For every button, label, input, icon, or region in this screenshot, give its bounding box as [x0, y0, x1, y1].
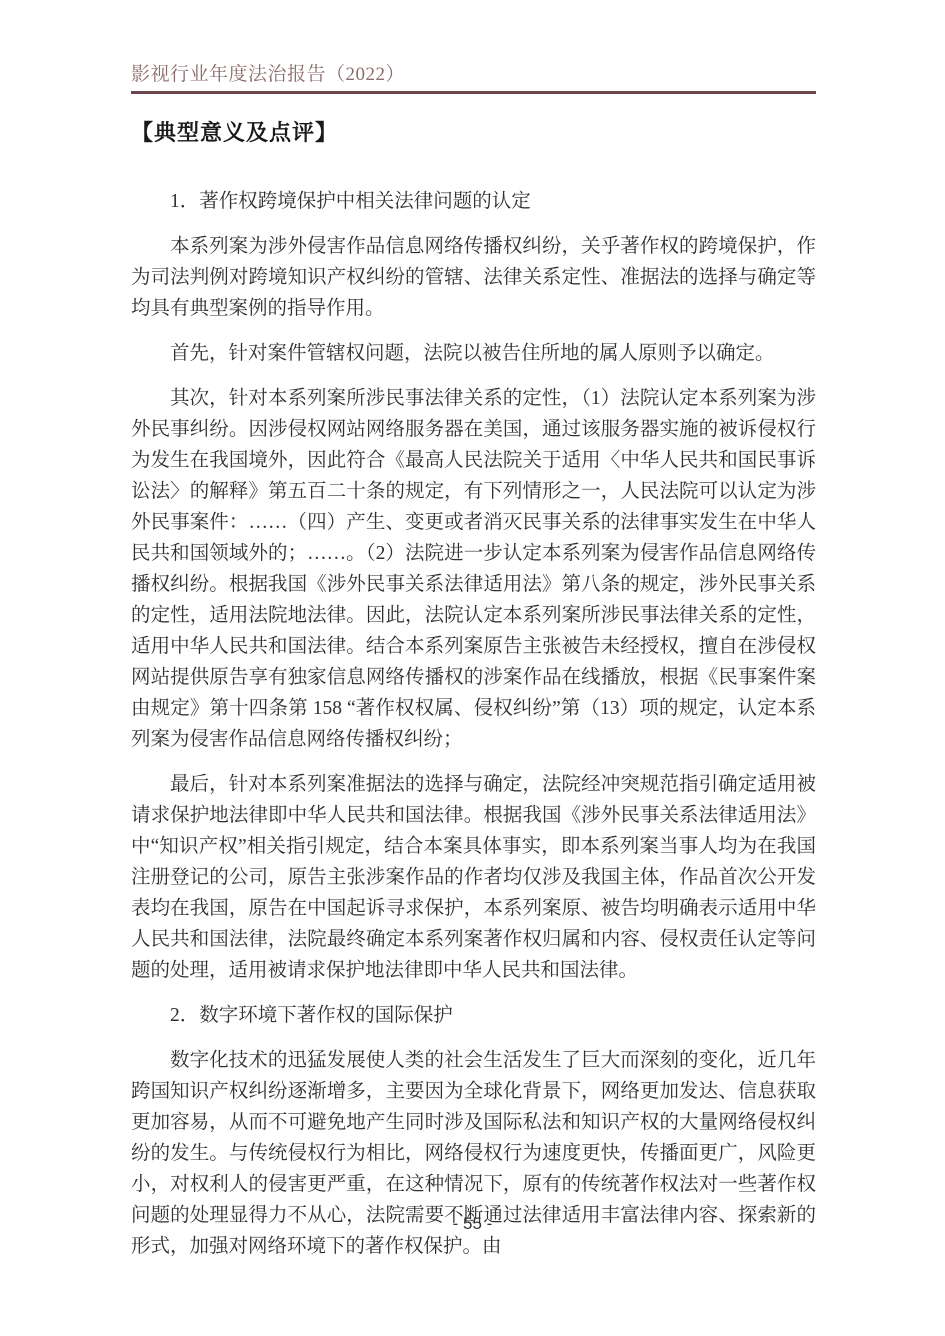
paragraph-legal-relation: 其次，针对本系列案所涉民事法律关系的定性，（1）法院认定本系列案为涉外民事纠纷。… — [131, 383, 816, 755]
header-divider — [131, 91, 816, 94]
document-page: 影视行业年度法治报告（2022） 【典型意义及点评】 1．著作权跨境保护中相关法… — [0, 0, 945, 1262]
item-heading-2: 2．数字环境下著作权的国际保护 — [131, 1000, 816, 1031]
paragraph-applicable-law: 最后，针对本系列案准据法的选择与确定，法院经冲突规范指引确定适用被请求保护地法律… — [131, 769, 816, 986]
item-heading-1: 1．著作权跨境保护中相关法律问题的认定 — [131, 186, 816, 217]
page-number: - 55 - — [0, 1212, 945, 1236]
report-header-title: 影视行业年度法治报告（2022） — [131, 62, 816, 88]
section-heading: 【典型意义及点评】 — [131, 118, 816, 148]
paragraph-overview: 本系列案为涉外侵害作品信息网络传播权纠纷，关乎著作权的跨境保护，作为司法判例对跨… — [131, 231, 816, 324]
paragraph-jurisdiction: 首先，针对案件管辖权问题，法院以被告住所地的属人原则予以确定。 — [131, 338, 816, 369]
